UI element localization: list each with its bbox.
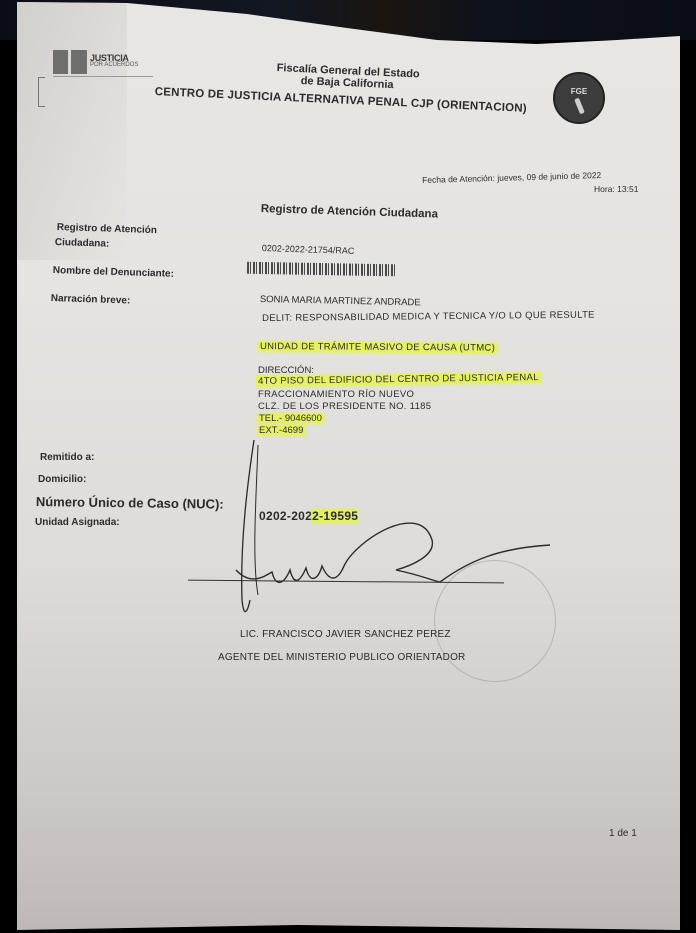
handwritten-signature-icon xyxy=(0,0,696,933)
signer-name: LIC. FRANCISCO JAVIER SANCHEZ PEREZ xyxy=(240,629,451,640)
page-number: 1 de 1 xyxy=(609,828,637,839)
signer-role: AGENTE DEL MINISTERIO PUBLICO ORIENTADOR xyxy=(218,652,465,663)
